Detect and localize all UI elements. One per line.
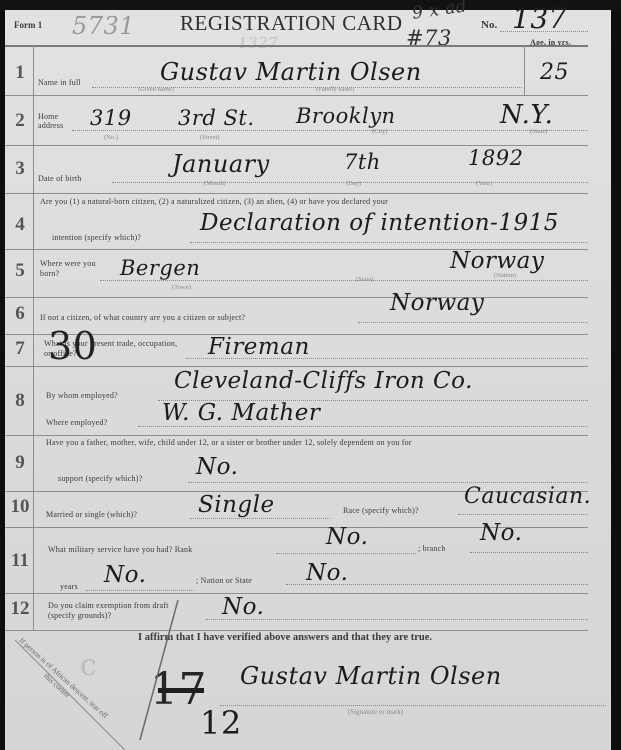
row-number-9: 9 <box>9 452 31 474</box>
name-value: Gustav Martin Olsen <box>160 58 422 86</box>
town-sublabel: (Town) <box>172 284 191 291</box>
citizenship-question: Are you (1) a natural-born citizen, (2) … <box>40 197 388 206</box>
support-value: No. <box>196 454 238 480</box>
branch-value: No. <box>480 520 522 546</box>
dob-year: 1892 <box>468 146 523 170</box>
race-label: Race (specify which)? <box>343 506 419 515</box>
birth-nation: Norway <box>450 248 544 274</box>
dob-month: January <box>172 150 270 178</box>
mark-12: 12 <box>200 704 242 742</box>
citizen-country-value: Norway <box>390 290 484 316</box>
form-label: Form 1 <box>14 20 42 30</box>
state-sublabel: (State) <box>530 128 547 135</box>
dependents-question: Have you a father, mother, wife, child u… <box>46 438 412 447</box>
nation-sublabel: (Nation) <box>494 272 516 279</box>
row-number-2: 2 <box>9 110 31 132</box>
row-number-10: 10 <box>9 496 31 518</box>
dob-label: Date of birth <box>38 174 81 183</box>
occupation-value: Fireman <box>208 334 310 360</box>
card-title: REGISTRATION CARD <box>180 11 403 36</box>
address-state: N.Y. <box>500 100 553 130</box>
marital-value: Single <box>198 492 275 518</box>
branch-label: ; branch <box>418 544 446 553</box>
home-address-label: Home address <box>38 112 70 130</box>
race-value: Caucasian. <box>464 484 591 509</box>
employment-place-label: Where employed? <box>46 418 107 427</box>
row-number-12: 12 <box>9 598 31 620</box>
address-city: Brooklyn <box>296 104 396 128</box>
military-rank-label: What military service have you had? Rank <box>48 545 192 554</box>
serial-number: 5731 <box>72 12 135 40</box>
row-number-7: 7 <box>9 338 31 360</box>
years-label: years <box>60 582 78 591</box>
city-sublabel: (City) <box>372 128 388 135</box>
day-sublabel: (Day) <box>346 180 361 187</box>
address-number: 319 <box>90 106 132 130</box>
address-street: 3rd St. <box>178 106 255 130</box>
signature-label: (Signature or mark) <box>348 708 403 716</box>
pen-stroke <box>120 600 200 750</box>
row-number-8: 8 <box>9 390 31 412</box>
family-name-sublabel: (Family name) <box>316 86 354 93</box>
overwrite-number: 30 <box>48 324 97 368</box>
row-number-1: 1 <box>9 62 31 84</box>
no-label: No. <box>481 19 497 31</box>
no-sublabel: (No.) <box>104 134 118 141</box>
dob-day: 7th <box>344 150 381 174</box>
month-sublabel: (Month) <box>204 180 226 187</box>
nation-state-value: No. <box>306 560 348 586</box>
citizen-country-label: If not a citizen, of what country are yo… <box>40 313 245 322</box>
nation-state-label: ; Nation or State <box>196 576 252 585</box>
signature: Gustav Martin Olsen <box>240 662 502 690</box>
row-number-11: 11 <box>9 550 31 572</box>
year-sublabel: (Year) <box>476 180 492 187</box>
support-label: support (specify which)? <box>58 474 142 483</box>
birthplace-label: Where were you born? <box>40 259 110 279</box>
row-number-4: 4 <box>9 214 31 236</box>
row-number-3: 3 <box>9 158 31 180</box>
employer-value: Cleveland-Cliffs Iron Co. <box>174 368 473 394</box>
exemption-value: No. <box>222 594 264 620</box>
military-rank-value: No. <box>326 524 368 550</box>
state-sublabel-5: (State) <box>356 276 373 283</box>
row-number-5: 5 <box>9 260 31 282</box>
street-sublabel: (Street) <box>200 134 220 141</box>
citizenship-value: Declaration of intention-1915 <box>200 210 559 236</box>
row-number-6: 6 <box>9 303 31 325</box>
intention-label: intention (specify which)? <box>52 233 141 242</box>
marital-label: Married or single (which)? <box>46 510 137 519</box>
age-value: 25 <box>540 60 569 85</box>
given-name-sublabel: (Given name) <box>138 86 174 93</box>
employer-label: By whom employed? <box>46 391 118 400</box>
name-label: Name in full <box>38 78 81 87</box>
birth-town: Bergen <box>120 256 200 280</box>
years-value: No. <box>104 562 146 588</box>
employment-place-value: W. G. Mather <box>162 400 320 426</box>
faint-number: 1327 <box>238 34 278 52</box>
